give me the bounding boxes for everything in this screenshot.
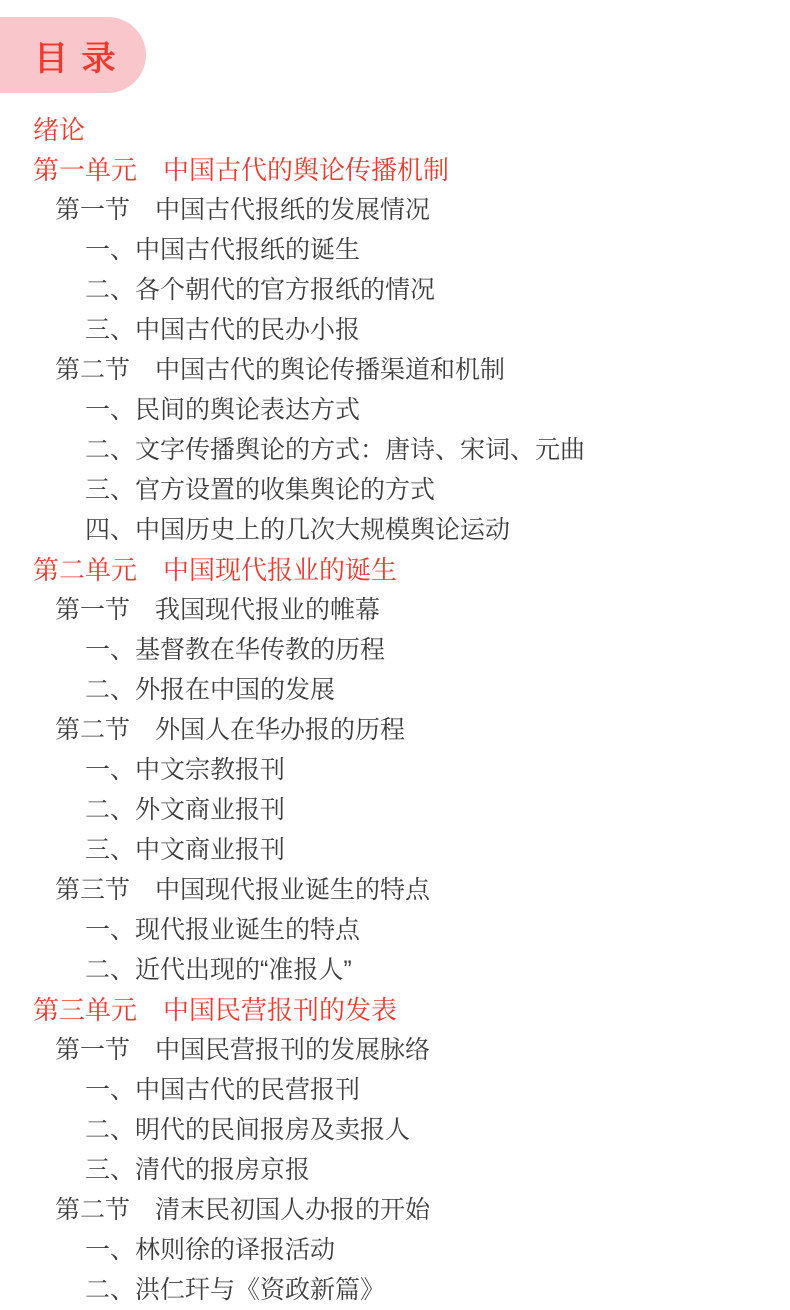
toc-item-label: 一、民间的舆论表达方式: [85, 396, 360, 424]
toc-item-label: 第一节 中国民营报刊的发展脉络: [55, 1036, 430, 1064]
toc-item-label: 二、洪仁玕与《资政新篇》: [85, 1276, 385, 1304]
toc-item[interactable]: 三、中国古代的民办小报: [0, 310, 790, 350]
toc-item[interactable]: 第一节 中国古代报纸的发展情况: [0, 190, 790, 230]
toc-item-label: 一、林则徐的译报活动: [85, 1236, 335, 1264]
toc-item-label: 第一节 我国现代报业的帷幕: [55, 596, 380, 624]
toc-item-label: 三、中国古代的民办小报: [85, 316, 360, 344]
toc-item-label: 三、清代的报房京报: [85, 1156, 310, 1184]
toc-item[interactable]: 第二节 中国古代的舆论传播渠道和机制: [0, 350, 790, 390]
toc-item[interactable]: 第一节 我国现代报业的帷幕: [0, 590, 790, 630]
toc-item-label: 四、中国历史上的几次大规模舆论运动: [85, 516, 510, 544]
toc-item[interactable]: 一、中国古代的民营报刊: [0, 1070, 790, 1110]
toc-item[interactable]: 一、现代报业诞生的特点: [0, 910, 790, 950]
toc-item[interactable]: 绪论: [0, 110, 790, 150]
toc-item[interactable]: 第二节 清末民初国人办报的开始: [0, 1190, 790, 1230]
toc-header-badge: 目 录: [0, 17, 146, 93]
toc-item-label: 第二节 清末民初国人办报的开始: [55, 1196, 430, 1224]
toc-item-label: 第一节 中国古代报纸的发展情况: [55, 196, 430, 224]
toc-item[interactable]: 一、林则徐的译报活动: [0, 1230, 790, 1270]
toc-item[interactable]: 第一节 中国民营报刊的发展脉络: [0, 1030, 790, 1070]
toc-item[interactable]: 四、中国历史上的几次大规模舆论运动: [0, 510, 790, 550]
toc-item[interactable]: 二、洪仁玕与《资政新篇》: [0, 1270, 790, 1310]
toc-item-label: 第二节 外国人在华办报的历程: [55, 716, 405, 744]
toc-item[interactable]: 一、中文宗教报刊: [0, 750, 790, 790]
page-title: 目 录: [34, 31, 117, 80]
toc-item[interactable]: 一、中国古代报纸的诞生: [0, 230, 790, 270]
toc-item-label: 二、明代的民间报房及卖报人: [85, 1116, 410, 1144]
toc-item-label: 绪论: [33, 115, 85, 145]
toc-item-label: 一、现代报业诞生的特点: [85, 916, 360, 944]
toc-item[interactable]: 二、外文商业报刊: [0, 790, 790, 830]
toc-item-label: 三、官方设置的收集舆论的方式: [85, 476, 435, 504]
toc-item-label: 第三节 中国现代报业诞生的特点: [55, 876, 430, 904]
toc-item[interactable]: 第三节 中国现代报业诞生的特点: [0, 870, 790, 910]
toc-item[interactable]: 一、民间的舆论表达方式: [0, 390, 790, 430]
toc-item-label: 二、外报在中国的发展: [85, 676, 335, 704]
toc-item-label: 二、近代出现的“准报人”: [85, 956, 352, 984]
toc-item-label: 第二单元 中国现代报业的诞生: [33, 555, 397, 585]
toc-item-label: 一、中国古代的民营报刊: [85, 1076, 360, 1104]
toc-item[interactable]: 一、基督教在华传教的历程: [0, 630, 790, 670]
toc-item-label: 二、文字传播舆论的方式：唐诗、宋词、元曲: [85, 436, 585, 464]
toc-item-label: 第三单元 中国民营报刊的发表: [33, 995, 397, 1025]
toc-item[interactable]: 二、明代的民间报房及卖报人: [0, 1110, 790, 1150]
toc-list: 绪论 第一单元 中国古代的舆论传播机制 第一节 中国古代报纸的发展情况 一、中国…: [0, 110, 790, 1310]
toc-item[interactable]: 第三单元 中国民营报刊的发表: [0, 990, 790, 1030]
toc-item[interactable]: 二、近代出现的“准报人”: [0, 950, 790, 990]
toc-item[interactable]: 第二节 外国人在华办报的历程: [0, 710, 790, 750]
toc-item-label: 二、各个朝代的官方报纸的情况: [85, 276, 435, 304]
toc-item[interactable]: 第二单元 中国现代报业的诞生: [0, 550, 790, 590]
toc-item-label: 第二节 中国古代的舆论传播渠道和机制: [55, 356, 505, 384]
toc-item[interactable]: 第一单元 中国古代的舆论传播机制: [0, 150, 790, 190]
toc-item-label: 三、中文商业报刊: [85, 836, 285, 864]
toc-item-label: 一、中文宗教报刊: [85, 756, 285, 784]
toc-item[interactable]: 三、官方设置的收集舆论的方式: [0, 470, 790, 510]
toc-item-label: 一、中国古代报纸的诞生: [85, 236, 360, 264]
toc-item-label: 一、基督教在华传教的历程: [85, 636, 385, 664]
toc-item[interactable]: 三、清代的报房京报: [0, 1150, 790, 1190]
toc-item[interactable]: 二、文字传播舆论的方式：唐诗、宋词、元曲: [0, 430, 790, 470]
toc-item[interactable]: 三、中文商业报刊: [0, 830, 790, 870]
toc-item-label: 二、外文商业报刊: [85, 796, 285, 824]
toc-item[interactable]: 二、各个朝代的官方报纸的情况: [0, 270, 790, 310]
toc-item-label: 第一单元 中国古代的舆论传播机制: [33, 155, 449, 185]
toc-item[interactable]: 二、外报在中国的发展: [0, 670, 790, 710]
